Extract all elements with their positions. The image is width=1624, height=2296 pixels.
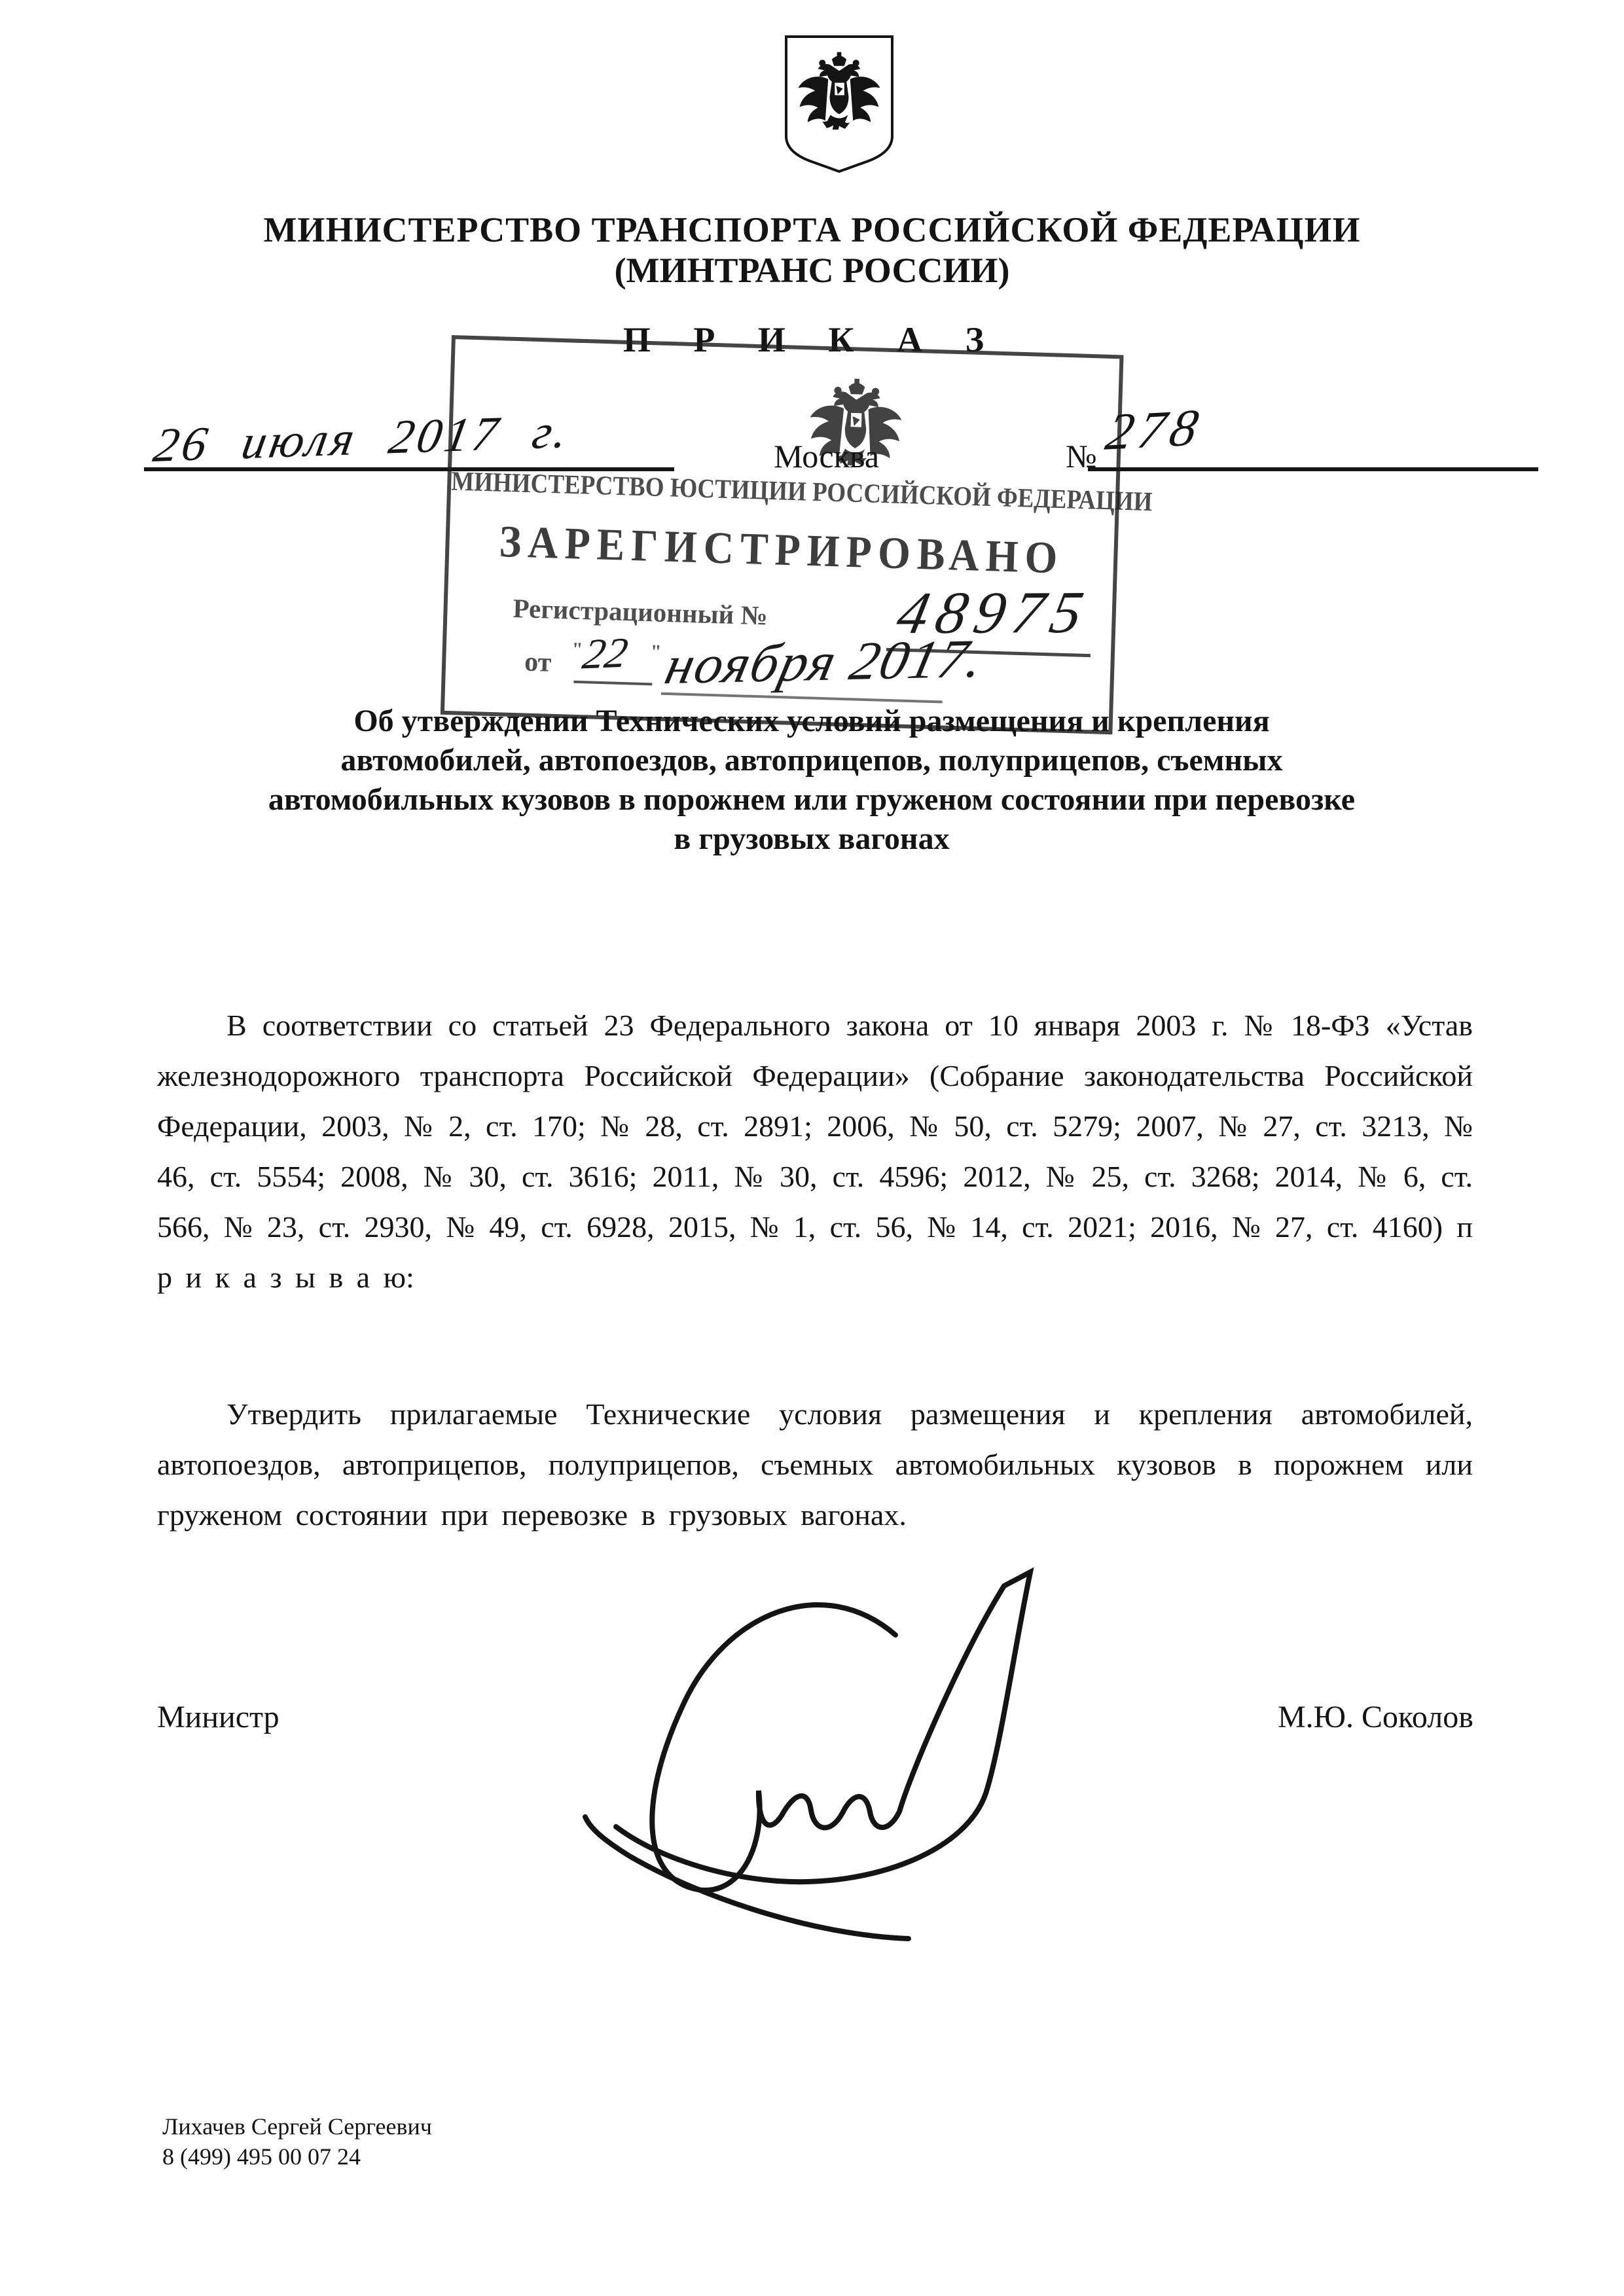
stamp-registered-text: ЗАРЕГИСТРИРОВАНО <box>449 514 1115 586</box>
order-title-line: Об утверждении Технических условий разме… <box>157 702 1466 741</box>
ministry-name-line1: МИНИСТЕРСТВО ТРАНСПОРТА РОССИЙСКОЙ ФЕДЕР… <box>0 209 1624 250</box>
order-title-line: в грузовых вагонах <box>157 819 1466 859</box>
scanned-order-page: МИНИСТЕРСТВО ТРАНСПОРТА РОССИЙСКОЙ ФЕДЕР… <box>0 0 1624 2296</box>
minister-name: М.Ю. Соколов <box>1278 1699 1473 1735</box>
number-sign: № <box>1066 437 1097 475</box>
stamp-close-quote: " <box>650 641 662 663</box>
registration-stamp: МИНИСТЕРСТВО ЮСТИЦИИ РОССИЙСКОЙ ФЕДЕРАЦИ… <box>441 335 1124 734</box>
minister-signature <box>542 1556 1047 1944</box>
stamp-reg-number-label: Регистрационный № <box>513 592 768 632</box>
order-title-line: автомобилей, автопоездов, автоприцепов, … <box>157 741 1466 780</box>
handwritten-order-number: 278 <box>1101 398 1208 462</box>
body-paragraph-resolution: Утвердить прилагаемые Технические услови… <box>157 1389 1473 1540</box>
number-underline <box>1088 467 1538 471</box>
stamp-day-underline <box>573 681 652 686</box>
stamp-from-day: 22 <box>579 628 632 679</box>
order-title-line: автомобильных кузовов в порожнем или гру… <box>157 780 1466 819</box>
ministry-name-line2: (МИНТРАНС РОССИИ) <box>0 250 1624 291</box>
body-paragraph-legal-basis: В соответствии со статьей 23 Федеральног… <box>157 1000 1473 1302</box>
order-title: Об утверждении Технических условий разме… <box>157 702 1466 859</box>
coat-of-arms-icon <box>781 33 897 175</box>
stamp-open-quote: " <box>571 639 583 661</box>
minister-post-label: Министр <box>157 1699 280 1735</box>
stamp-from-label: от <box>524 647 552 679</box>
stamp-from-month-year: ноября 2017. <box>659 627 990 697</box>
city-name: Москва <box>774 437 879 475</box>
contact-name: Лихачев Сергей Сергеевич <box>162 2113 432 2140</box>
contact-phone: 8 (499) 495 00 07 24 <box>162 2143 361 2170</box>
